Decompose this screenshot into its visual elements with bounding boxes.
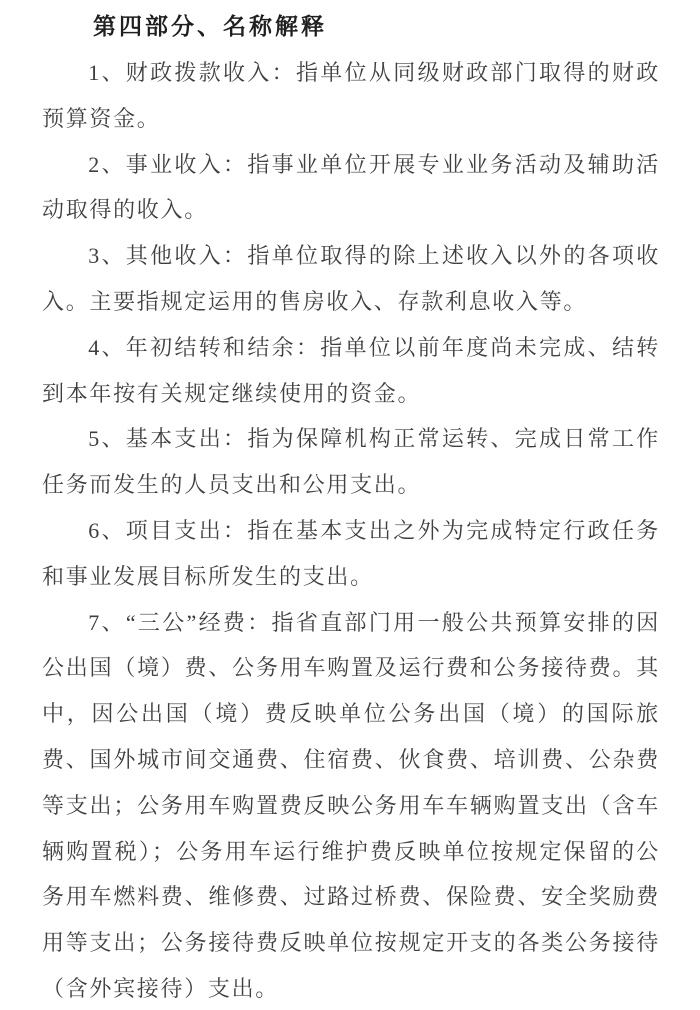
paragraph-basic-expenditure: 5、基本支出：指为保障机构正常运转、完成日常工作任务而发生的人员支出和公用支出。 [42, 416, 660, 508]
section-title: 第四部分、名称解释 [42, 4, 660, 50]
paragraph-operational-income: 2、事业收入：指事业单位开展专业业务活动及辅助活动取得的收入。 [42, 142, 660, 234]
paragraph-fiscal-appropriation-income: 1、财政拨款收入：指单位从同级财政部门取得的财政预算资金。 [42, 50, 660, 142]
paragraph-three-public-funds: 7、“三公”经费：指省直部门用一般公共预算安排的因公出国（境）费、公务用车购置及… [42, 600, 660, 1010]
paragraph-carryover-and-surplus: 4、年初结转和结余：指单位以前年度尚未完成、结转到本年按有关规定继续使用的资金。 [42, 325, 660, 417]
document-page: 第四部分、名称解释 1、财政拨款收入：指单位从同级财政部门取得的财政预算资金。 … [0, 0, 700, 1010]
paragraph-other-income: 3、其他收入：指单位取得的除上述收入以外的各项收入。主要指规定运用的售房收入、存… [42, 233, 660, 325]
paragraph-project-expenditure: 6、项目支出：指在基本支出之外为完成特定行政任务和事业发展目标所发生的支出。 [42, 508, 660, 600]
